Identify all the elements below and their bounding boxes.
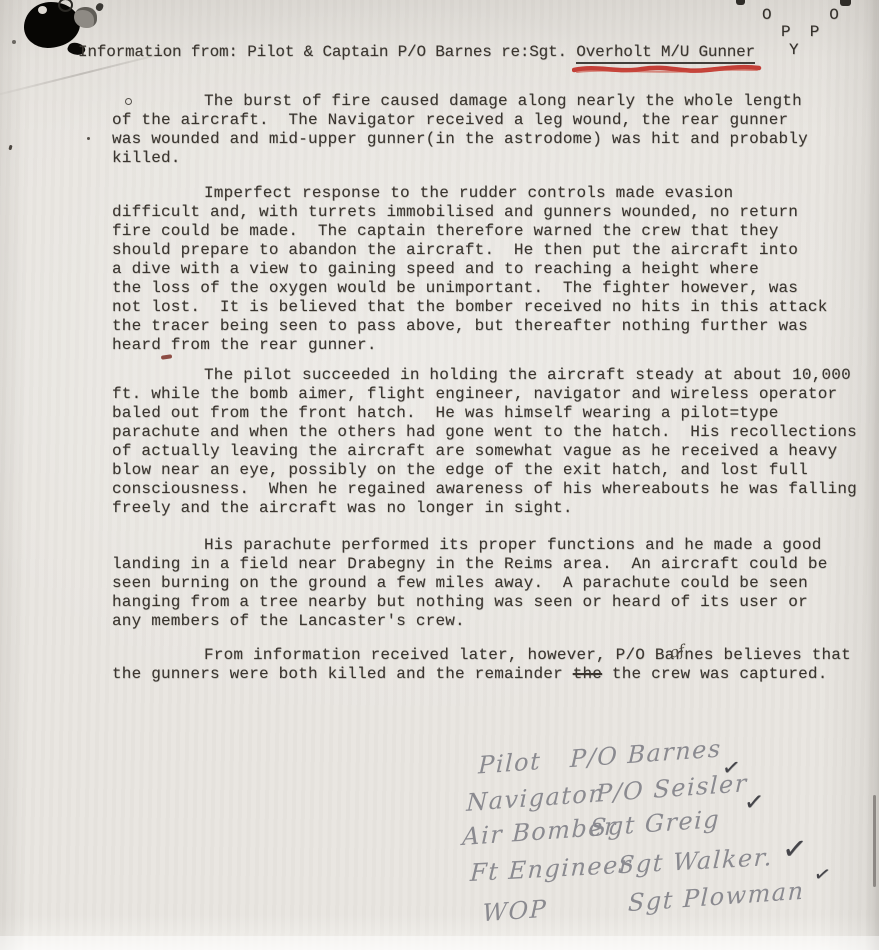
red-dash-mark [161,354,172,359]
stray-speck [87,137,90,140]
document-header: Information from: Pilot & Captain P/O Ba… [78,43,858,62]
red-underline [572,62,762,76]
crew-role: Navigator [466,780,597,817]
header-subject-underlined: Overholt M/U Gunner [576,43,755,64]
ink-blot-hole [38,6,47,14]
paragraph-1: The burst of fire caused damage along ne… [112,92,877,168]
typo-correction: theof [573,665,602,683]
crew-name: Sgt Greig [590,805,721,842]
torn-edge-mark [840,0,851,6]
paragraph-4: His parachute performed its proper funct… [112,536,877,631]
paragraph-3: The pilot succeeded in holding the aircr… [112,366,877,518]
ink-speck [95,2,104,12]
checkmark-icon: ✓ [720,755,742,782]
corner-mark-top: O O [762,6,839,24]
crew-name: P/O Barnes [570,734,723,773]
handwritten-crew-wop: WOPSgt Plowman [482,877,805,928]
crew-role: Air Bomber [462,814,591,851]
checkmark-icon: ✓ [781,831,809,868]
crew-role: Pilot [478,745,571,780]
scan-edge-streak [873,795,876,887]
checkmark-icon: ✓ [743,787,765,817]
scanned-document-page: O O P P Y Information from: Pilot & Capt… [0,0,879,950]
header-prefix: Information from: Pilot & Captain P/O Ba… [78,43,576,61]
handwritten-crew-engineer: Ft EngineerSgt Walker. [469,843,773,887]
stray-speck [8,145,12,151]
ink-speck [12,40,16,44]
crew-role: WOP [482,889,629,927]
crew-name: Sgt Walker. [617,843,774,879]
paragraph-5: From information received later, however… [112,646,877,684]
corner-mark-middle: P P [781,23,819,41]
crew-role: Ft Engineer [469,851,618,887]
paragraph-2: Imperfect response to the rudder control… [112,184,877,355]
scan-bottom-strip [0,936,879,950]
torn-edge-mark [736,0,745,5]
crew-name: Sgt Plowman [628,877,805,917]
checkmark-icon: ✓ [812,861,833,888]
